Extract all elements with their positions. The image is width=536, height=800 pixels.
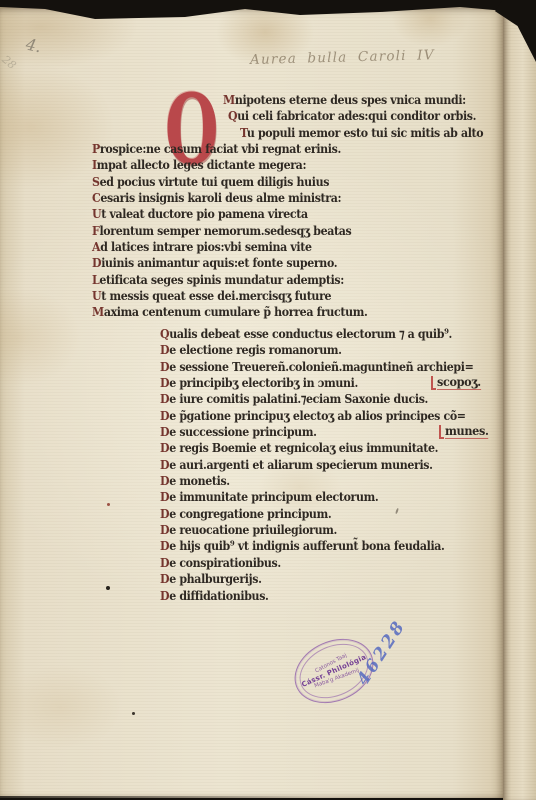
chapter-item: De diffidationibus. — [160, 588, 468, 604]
poem-line: Florentum semper nemorum.sedesqʒ beatas — [92, 223, 444, 239]
poem-line: Qui celi fabricator ades:qui conditor or… — [228, 108, 460, 124]
margin-catchword: scopoʒ. — [431, 374, 486, 390]
chapter-item: De successione principum. — [160, 424, 468, 440]
chapter-item: De regis Boemie et regnicolaʒ eius immun… — [160, 440, 468, 456]
chapter-item: De principibʒ electoribʒ in ɔmuni. — [160, 375, 468, 391]
poem-line: Maxima centenum cumulare p̃ horrea fruct… — [92, 304, 444, 320]
paper-speck — [132, 712, 135, 715]
rubric-bracket-icon — [439, 425, 444, 439]
chapter-item: De hijs quib⁹ vt indignis aufferunt̃ bon… — [160, 538, 468, 554]
stamp-top-arc-text: Catonos Taaj — [314, 653, 348, 675]
chapter-item: De sessione Treuereñ.colonieñ.maguntineñ… — [160, 359, 468, 375]
poem-line: Letificata seges spinis mundatur adempti… — [92, 272, 444, 288]
poem-block: O Mnipotens eterne deus spes vnica mundi… — [92, 92, 492, 321]
chapter-item: De phalburgerijs. — [160, 571, 468, 587]
poem-line: Diuinis animantur aquis:et fonte superno… — [92, 255, 444, 271]
chapter-item: De conspirationibus. — [160, 555, 468, 571]
poem-line: Tu populi memor esto tui sic mitis ab al… — [240, 125, 462, 141]
poem-line: Sed pocius virtute tui quem diligis huiu… — [92, 174, 444, 190]
chapter-item: De auri.argenti et aliarum specierum mun… — [160, 457, 468, 473]
chapter-item: De reuocatione priuilegiorum. — [160, 522, 468, 538]
photo-background-bottom — [0, 796, 320, 800]
poem-line: Ad latices intrare pios:vbi semina vite — [92, 239, 444, 255]
poem-line: Ut valeat ductore pio pamena virecta — [92, 206, 444, 222]
chapter-item: Qualis debeat esse conductus electorum ⁊… — [160, 326, 468, 342]
chapter-item: De immunitate principum electorum. — [160, 489, 468, 505]
margin-catchword-text: munes. — [445, 423, 489, 439]
chapter-item: De congregatione principum. — [160, 506, 468, 522]
chapter-item: De monetis. — [160, 473, 468, 489]
paper-speck — [106, 586, 110, 590]
poem-line: Prospice:ne casum faciat vbi regnat erin… — [92, 141, 444, 157]
chapter-item: De p̃gatione principuʒ electoʒ ab alios … — [160, 408, 468, 424]
paper-speck — [107, 503, 110, 506]
poem-line: Mnipotens eterne deus spes vnica mundi: — [223, 92, 460, 108]
margin-catchword-text: scopoʒ. — [437, 374, 481, 390]
chapter-item: De electione regis romanorum. — [160, 342, 468, 358]
chapter-item: De iure comitis palatini.⁊eciam Saxonie … — [160, 391, 468, 407]
poem-line: Ut messis queat esse dei.mercisqʒ future — [92, 288, 444, 304]
poem-line: Impat allecto leges dictante megera: — [92, 157, 444, 173]
chapter-list: Qualis debeat esse conductus electorum ⁊… — [160, 326, 510, 604]
margin-catchword: munes. — [439, 423, 493, 439]
scanned-book-page: 4. 28 Aurea bulla Caroli IV O Mnipotens … — [0, 0, 536, 800]
poem-line: Cesaris insignis karoli deus alme minist… — [92, 190, 444, 206]
rubric-bracket-icon — [431, 376, 436, 390]
